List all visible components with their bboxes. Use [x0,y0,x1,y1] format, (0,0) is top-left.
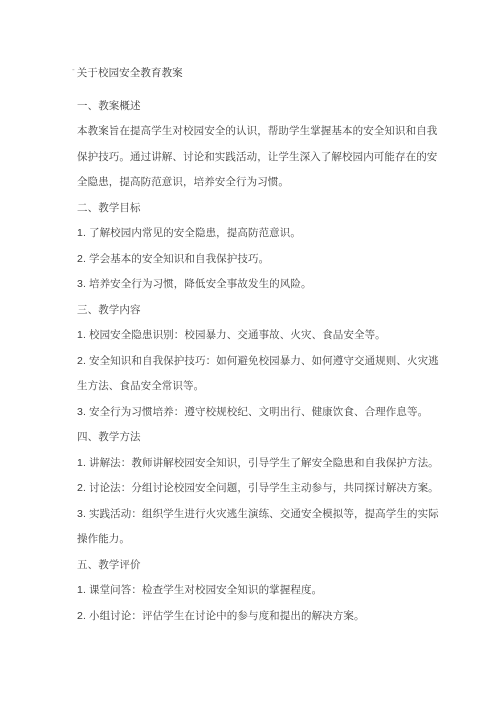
document-title-line: -关于校园安全教育教案 [77,61,442,87]
section-3-heading: 三、教学内容 [77,298,442,324]
section-1-line-2: 保护技巧。通过讲解、讨论和实践活动，让学生深入了解校园内可能存在的安 [77,145,442,171]
title-corner-mark: - [72,65,75,74]
section-3-line-3: 生方法、食品安全常识等。 [77,374,442,400]
section-2-line-3: 3. 培养安全行为习惯，降低安全事故发生的风险。 [77,272,442,298]
section-4-line-4: 操作能力。 [77,527,442,553]
section-4-heading: 四、教学方法 [77,425,442,451]
document-page: -关于校园安全教育教案 一、教案概述 本教案旨在提高学生对校园安全的认识，帮助学… [0,0,500,707]
section-5-line-1: 1. 课堂问答：检查学生对校园安全知识的掌握程度。 [77,578,442,604]
section-3-line-4: 3. 安全行为习惯培养：遵守校规校纪、文明出行、健康饮食、合理作息等。 [77,400,442,426]
section-3-line-2: 2. 安全知识和自我保护技巧：如何避免校园暴力、如何遵守交通规则、火灾逃 [77,349,442,375]
section-1-line-1: 本教案旨在提高学生对校园安全的认识，帮助学生掌握基本的安全知识和自我 [77,119,442,145]
section-5-heading: 五、教学评价 [77,553,442,579]
section-2-line-2: 2. 学会基本的安全知识和自我保护技巧。 [77,247,442,273]
section-1-heading: 一、教案概述 [77,94,442,120]
section-1-line-3: 全隐患，提高防范意识，培养安全行为习惯。 [77,170,442,196]
section-4-line-3: 3. 实践活动：组织学生进行火灾逃生演练、交通安全模拟等，提高学生的实际 [77,502,442,528]
section-4-line-1: 1. 讲解法：教师讲解校园安全知识，引导学生了解安全隐患和自我保护方法。 [77,451,442,477]
document-body: -关于校园安全教育教案 一、教案概述 本教案旨在提高学生对校园安全的认识，帮助学… [77,61,442,629]
section-5-line-2: 2. 小组讨论：评估学生在讨论中的参与度和提出的解决方案。 [77,604,442,630]
section-4-line-2: 2. 讨论法：分组讨论校园安全问题，引导学生主动参与，共同探讨解决方案。 [77,476,442,502]
section-3-line-1: 1. 校园安全隐患识别：校园暴力、交通事故、火灾、食品安全等。 [77,323,442,349]
document-title: 关于校园安全教育教案 [77,67,183,79]
section-2-line-1: 1. 了解校园内常见的安全隐患，提高防范意识。 [77,221,442,247]
section-2-heading: 二、教学目标 [77,196,442,222]
